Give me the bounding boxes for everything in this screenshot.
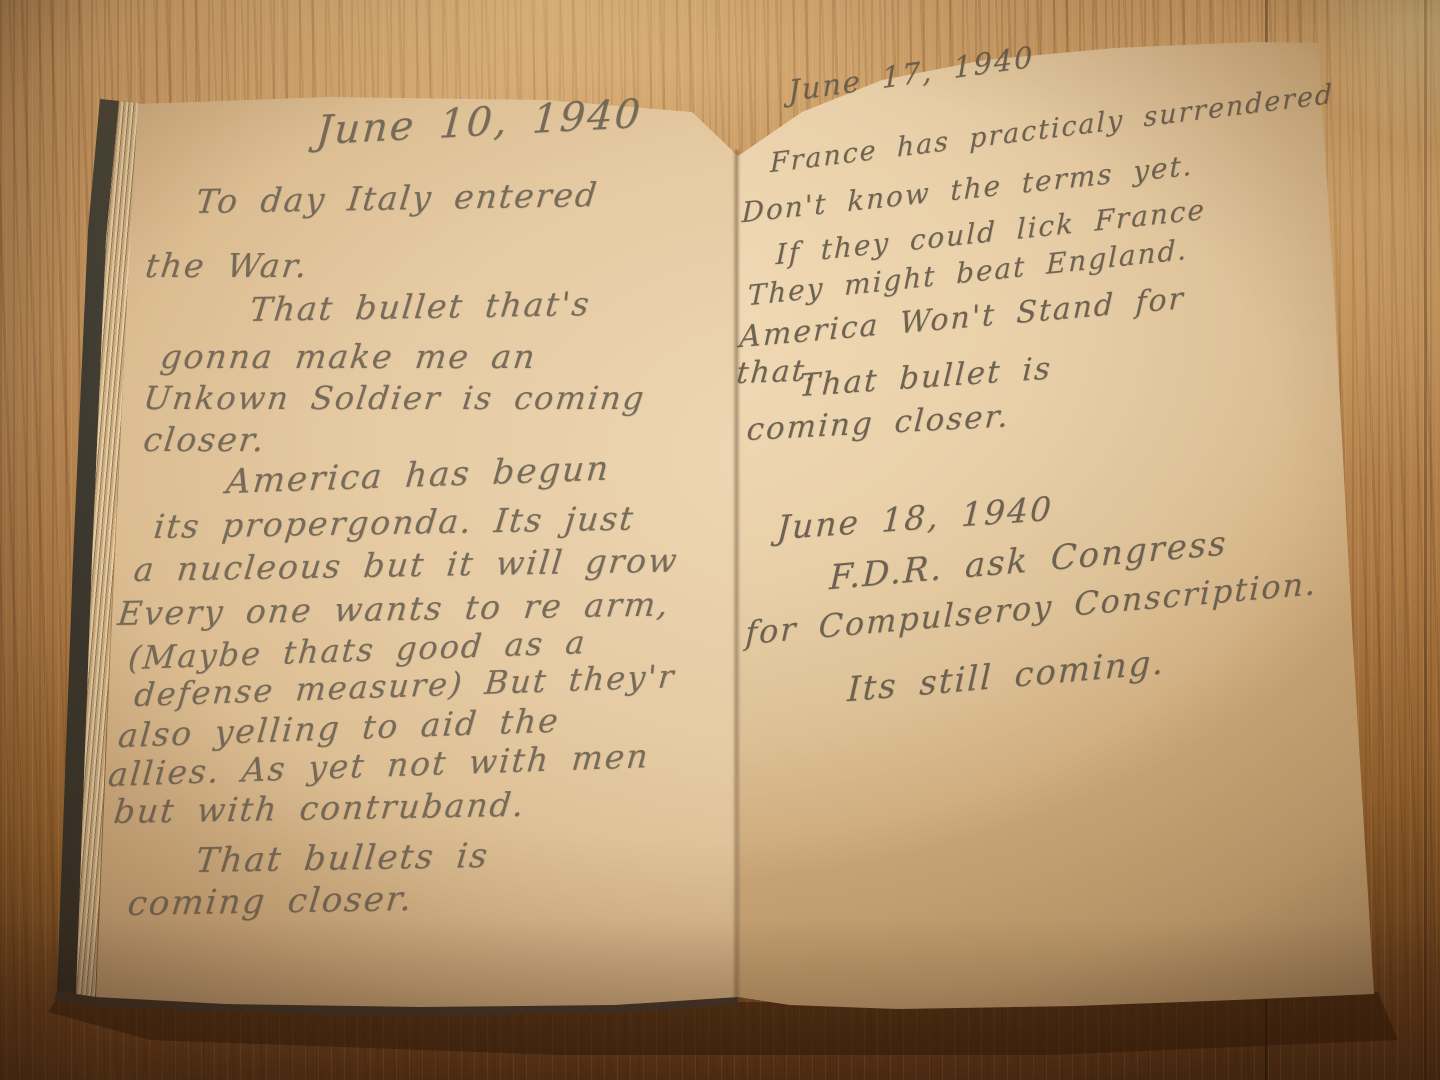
entry-date: June 18, 1940: [776, 489, 1054, 548]
handwritten-line: Unkown Soldier is coming: [141, 379, 647, 417]
handwritten-line: That bullets is: [194, 836, 491, 881]
handwritten-line: To day Italy entered: [194, 175, 600, 221]
handwritten-line: gonna make me an: [158, 337, 539, 376]
handwritten-line: a nucleous but it will grow: [132, 540, 681, 589]
handwriting-layer: June 10, 1940 To day Italy entered the W…: [0, 0, 1440, 1080]
handwritten-line: That bullet that's: [248, 284, 593, 329]
handwritten-line: coming closer.: [126, 879, 416, 924]
handwritten-line: closer.: [141, 420, 268, 459]
handwritten-line: Its still coming.: [847, 642, 1166, 710]
handwritten-line: coming closer.: [745, 398, 1011, 448]
diary-photograph: June 10, 1940 To day Italy entered the W…: [0, 0, 1440, 1080]
handwritten-line: Every one wants to re arm,: [116, 584, 672, 633]
handwritten-line: the War.: [143, 246, 311, 285]
entry-date: June 17, 1940: [788, 39, 1035, 108]
handwritten-line: America has begun: [224, 449, 611, 503]
handwritten-line: but with contruband.: [112, 785, 528, 831]
handwritten-line: its propergonda. Its just: [152, 499, 637, 546]
entry-date: June 10, 1940: [315, 91, 644, 154]
handwritten-line: That bullet is: [798, 350, 1053, 404]
